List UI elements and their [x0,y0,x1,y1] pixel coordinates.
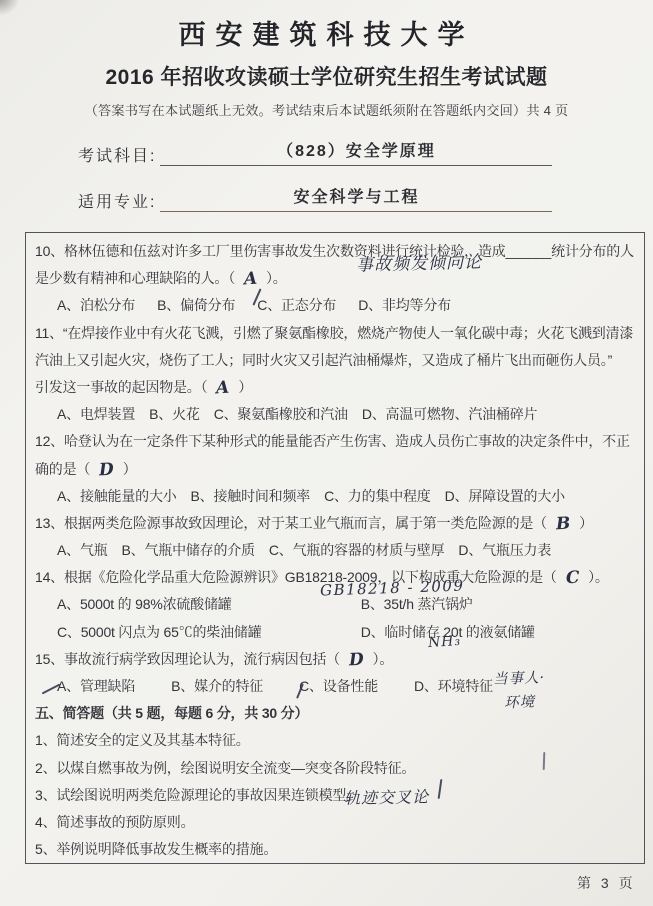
option-item: B、媒介的特征 [171,673,263,700]
option-item: D、环境特征 [414,673,493,700]
option-item: A、接触能量的大小 [57,483,177,510]
question-11-line-1: 11、“在焊接作业中有火花飞溅，引燃了聚氨酯橡胶，燃烧产物使人一氧化碳中毒；火花… [35,320,638,347]
option-item: C、设备性能 [299,673,378,700]
option-item: A、气瓶 [57,537,108,564]
question-14: 14、根据《危险化学品重大危险源辨识》GB18218-2009，以下构成重大危险… [35,564,638,646]
option-item: D、气瓶压力表 [458,537,551,564]
handwritten-note-q10: 事故频发倾向论 [356,247,483,275]
handwritten-answer-q15: D [339,646,373,675]
option-item: A、电焊装置 [57,401,135,428]
option-item: C、聚氨酯橡胶和汽油 [214,401,348,428]
handwritten-answer-q10: A [234,265,266,294]
major-label: 适用专业: [78,189,156,212]
question-15-options: A、管理缺陷 B、媒介的特征 C、设备性能 D、环境特征 [35,673,638,700]
option-item: B、气瓶中储存的介质 [122,537,255,564]
question-12-line-2: 确的是（D） [35,456,638,483]
option-item: B、接触时间和频率 [191,483,311,510]
question-10-options: A、泊松分布 B、偏倚分布 C、正态分布 D、非均等分布 [35,292,638,319]
handwritten-note-q15-line2: 环境 [504,690,536,712]
short-answer-item-4: 4、简述事故的预防原则。 [35,809,638,836]
short-answer-item-5: 5、举例说明降低事故发生概率的措施。 [35,836,638,863]
question-13-line-1: 13、根据两类危险源事故致因理论，对于某工业气瓶而言，属于第一类危险源的是（B） [35,510,638,537]
question-13: 13、根据两类危险源事故致因理论，对于某工业气瓶而言，属于第一类危险源的是（B）… [35,510,638,564]
major-row: 适用专业:安全科学与工程 [78,184,552,212]
question-13-options: A、气瓶 B、气瓶中储存的介质 C、气瓶的容器的材质与壁厚 D、气瓶压力表 [35,537,638,564]
option-item: C、正态分布 [257,292,336,319]
question-10: 10、格林伍德和伍兹对许多工厂里伤害事故发生次数资料进行统计检验，造成_____… [35,238,638,320]
question-11: 11、“在焊接作业中有火花飞溅，引燃了聚氨酯橡胶，燃烧产物使人一氧化碳中毒；火花… [35,320,638,429]
question-15: 15、事故流行病学致因理论认为，流行病因包括（D）。 A、管理缺陷 B、媒介的特… [35,646,638,700]
question-11-options: A、电焊装置 B、火花 C、聚氨酯橡胶和汽油 D、高温可燃物、汽油桶碎片 [35,401,638,428]
short-answer-item-3: 3、试绘图说明两类危险源理论的事故因果连锁模型。 [35,782,638,809]
question-12: 12、哈登认为在一定条件下某种形式的能量能否产生伤害、造成人员伤亡事故的决定条件… [35,428,638,510]
handwritten-answer-q12: D [90,456,124,485]
option-item: C、5000t 闪点为 65℃的柴油储罐 [57,619,357,646]
option-item: C、力的集中程度 [324,483,431,510]
handwritten-note-q14-nh3: NH₃ [427,633,461,651]
exam-title: 2016 年招收攻读硕士学位研究生招生考试试题 [0,61,653,91]
question-11-line-2: 汽油上又引起火灾，烧伤了工人；同时火灾又引起汽油桶爆炸，又造成了桶片飞出而砸伤人… [35,347,638,374]
option-item: D、高温可燃物、汽油桶碎片 [362,401,538,428]
option-item: D、非均等分布 [358,292,451,319]
question-11-line-3: 引发这一事故的起因物是。（A） [35,374,638,401]
option-item: B、35t/h 蒸汽锅炉 [361,596,473,612]
question-14-options-row-2: C、5000t 闪点为 65℃的柴油储罐 D、临时储存 20t 的液氨储罐 [35,619,638,646]
question-15-line-1: 15、事故流行病学致因理论认为，流行病因包括（D）。 [35,646,638,673]
question-10-line-2: 是少数有精神和心理缺陷的人。（A）。 [35,265,638,292]
major-value: 安全科学与工程 [160,184,552,212]
option-item: A、泊松分布 [57,292,135,319]
university-title: 西安建筑科技大学 [0,13,653,52]
page-number: 第 3 页 [577,873,636,893]
question-10-line-1: 10、格林伍德和伍兹对许多工厂里伤害事故发生次数资料进行统计检验，造成_____… [35,238,638,265]
handwritten-answer-q14: C [556,564,589,593]
handwritten-note-q15-line1: 当事人· [493,666,546,689]
subject-label: 考试科目: [78,143,156,166]
option-item: C、气瓶的容器的材质与壁厚 [269,537,445,564]
subject-value: （828）安全学原理 [160,138,552,166]
subject-row: 考试科目:（828）安全学原理 [78,138,552,166]
question-12-options: A、接触能量的大小 B、接触时间和频率 C、力的集中程度 D、屏障设置的大小 [35,483,638,510]
short-answer-item-2: 2、以煤自燃事故为例，绘图说明安全流变—突变各阶段特征。 [35,755,638,782]
option-item: A、管理缺陷 [57,673,135,700]
handwritten-note-s3: 轨迹交叉论 [344,784,429,808]
short-answer-item-1: 1、简述安全的定义及其基本特征。 [35,727,638,754]
exam-note: （答案书写在本试题纸上无效。考试结束后本试题纸须附在答题纸内交回）共 4 页 [0,100,653,119]
handwritten-answer-q11: A [207,374,239,403]
questions-box: 10、格林伍德和伍兹对许多工厂里伤害事故发生次数资料进行统计检验，造成_____… [25,232,645,864]
section-5: 五、简答题（共 5 题，每题 6 分，共 30 分） 1、简述安全的定义及其基本… [35,700,638,863]
option-item: B、火花 [149,401,200,428]
section-5-heading: 五、简答题（共 5 题，每题 6 分，共 30 分） [35,700,638,727]
exam-paper-page: 西安建筑科技大学 2016 年招收攻读硕士学位研究生招生考试试题 （答案书写在本… [0,0,653,906]
option-item: D、屏障设置的大小 [445,483,565,510]
option-item: A、5000t 的 98%浓硫酸储罐 [57,591,357,618]
handwritten-answer-q13: B [546,510,580,539]
option-item: B、偏倚分布 [157,292,235,319]
question-12-line-1: 12、哈登认为在一定条件下某种形式的能量能否产生伤害、造成人员伤亡事故的决定条件… [35,428,638,455]
